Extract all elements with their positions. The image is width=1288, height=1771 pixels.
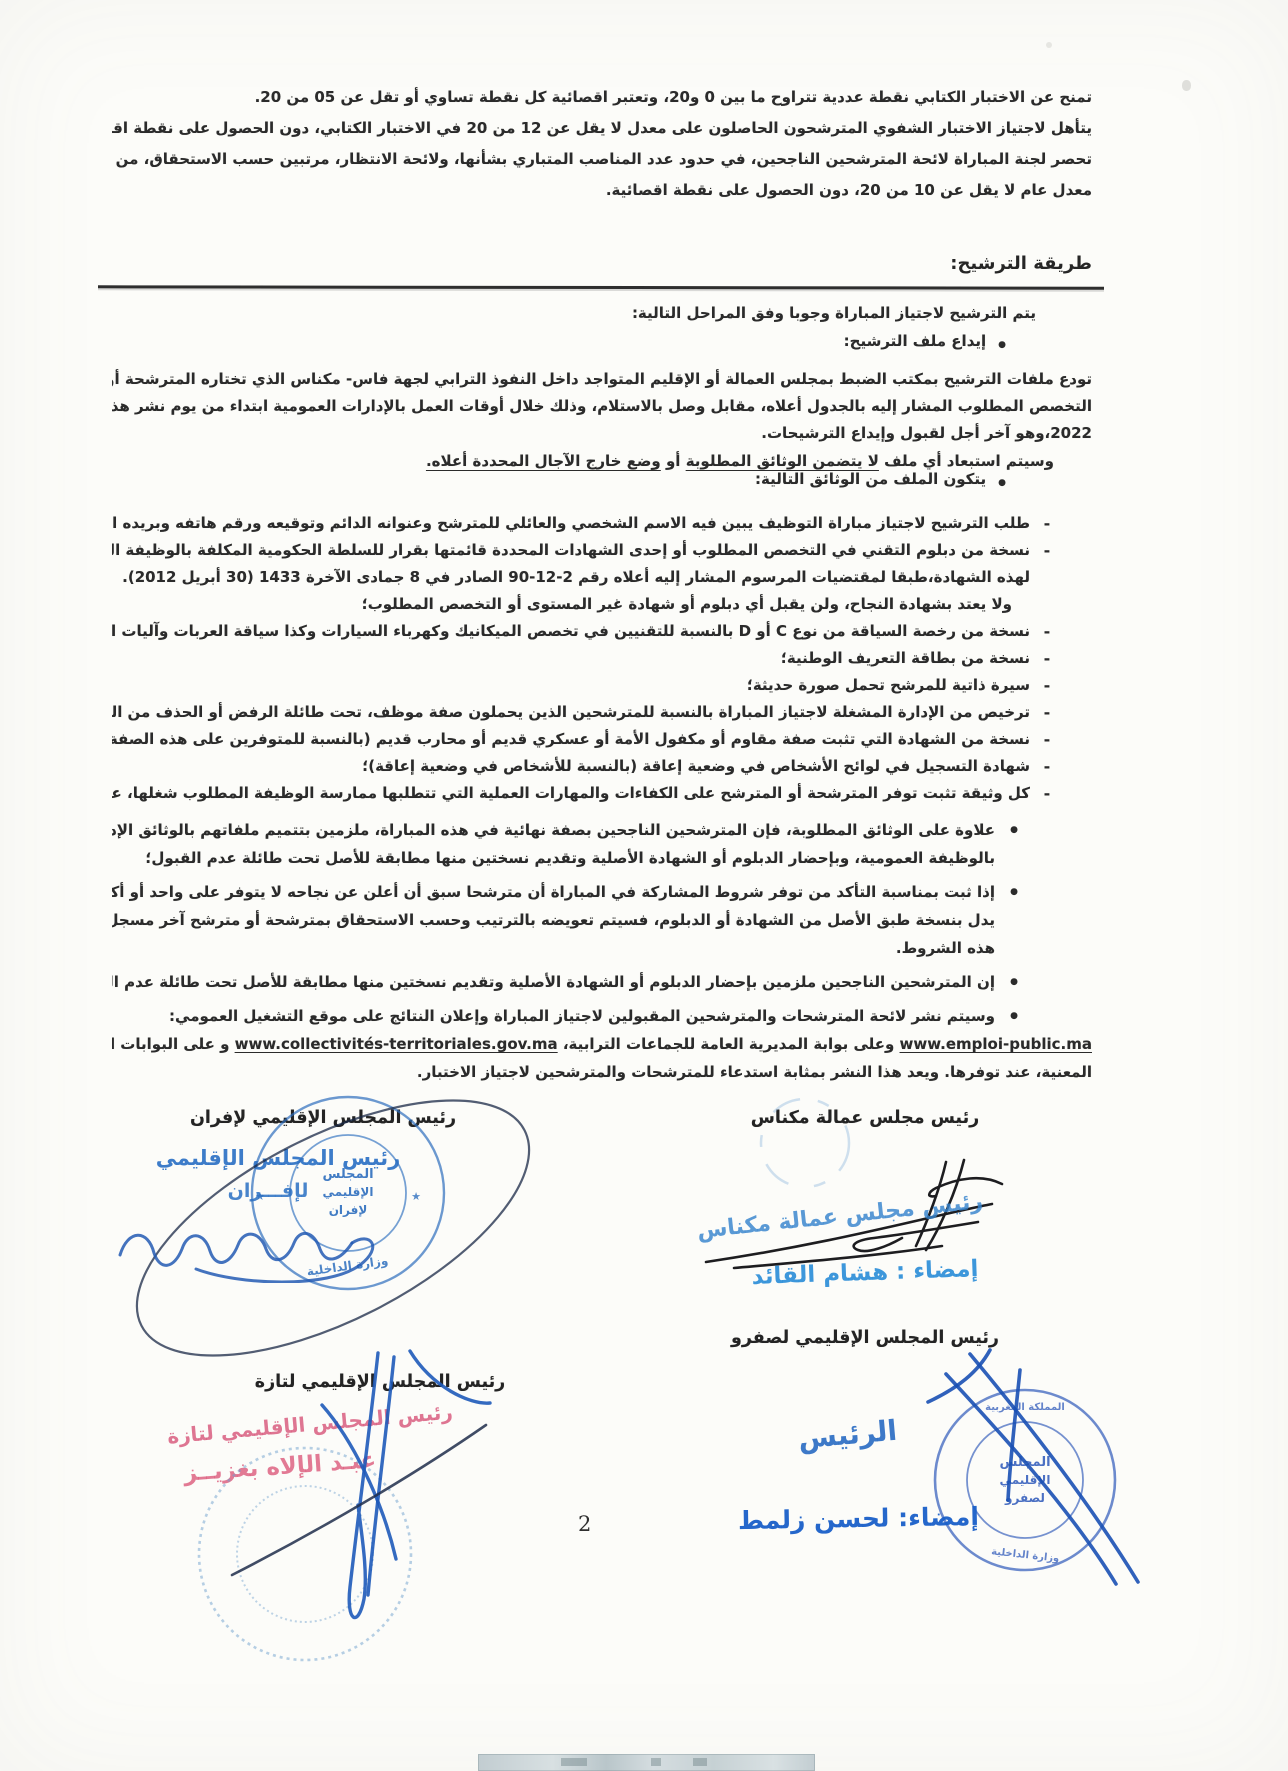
list-item: نسخة من بطاقة التعريف الوطنية؛ <box>112 645 1054 672</box>
deposit-paragraph: تودع ملفات الترشيح بمكتب الضبط بمجلس الع… <box>112 366 1092 447</box>
taza-title: رئيس المجلس الإقليمي لتازة <box>210 1372 550 1392</box>
exclusion-part: وسيتم استبعاد أي ملف <box>879 452 1054 470</box>
documents-section: يتكون الملف من الوثائق التالية: طلب التر… <box>112 470 1092 830</box>
deposit-line: التخصص المطلوب المشار إليه بالجدول أعلاه… <box>112 393 1092 420</box>
dash-marker-icon <box>1040 726 1054 753</box>
documents-list: طلب الترشيح لاجتياز مباراة التوظيف يبين … <box>112 510 1054 807</box>
signature-block-sefrou: رئيس المجلس الإقليمي لصفرو الرئيس المجلس… <box>690 1322 1170 1592</box>
section-heading: طريقة الترشيح: <box>112 252 1092 276</box>
collectivites-url: www.collectivités-territoriales.gov.ma <box>235 1035 558 1053</box>
doc-line: نسخة من رخصة السياقة من نوع C أو D بالنس… <box>112 618 1030 645</box>
note-line: بالوظيفة العمومية، وبإحضار الدبلوم أو ال… <box>112 844 995 872</box>
doc-line: نسخة من الشهادة التي تثبت صفة مقاوم أو م… <box>112 726 1030 753</box>
star-icon: ★ <box>411 1190 421 1203</box>
sefrou-seal-text: لصفرو <box>1004 1491 1045 1506</box>
sefrou-seal-text: الإقليمي <box>1000 1473 1051 1487</box>
scanned-document-page: تمنح عن الاختبار الكتابي نقطة عددية تترا… <box>0 0 1288 1771</box>
list-item: نسخة من الشهادة التي تثبت صفة مقاوم أو م… <box>112 726 1054 753</box>
dash-marker-icon <box>1040 510 1054 537</box>
signature-block-taza: رئيس المجلس الإقليمي لتازة رئيس المجلس ا… <box>130 1372 550 1672</box>
note-line: إذا ثبت بمناسبة التأكد من توفر شروط المش… <box>112 878 995 906</box>
sefrou-seal-text: المجلس <box>999 1455 1050 1470</box>
sefrou-title: رئيس المجلس الإقليمي لصفرو <box>700 1328 1030 1348</box>
intro-line: يتأهل لاجتياز الاختبار الشفوي المترشحون … <box>112 113 1092 144</box>
links-line: www.emploi-public.ma وعلى بوابة المديرية… <box>112 1030 1092 1058</box>
doc-line: لهذه الشهادة،طبقا لمقتضيات المرسوم المشا… <box>112 564 1030 591</box>
list-item: طلب الترشيح لاجتياز مباراة التوظيف يبين … <box>112 510 1054 537</box>
bullet-marker-icon <box>998 470 1006 495</box>
ifrane-seal-text: الإقليمي <box>323 1185 374 1199</box>
doc-line: ولا يعتد بشهادة النجاح، ولن يقبل أي دبلو… <box>112 591 1030 618</box>
exclusion-part: أو <box>661 452 686 470</box>
dash-marker-icon <box>1040 618 1054 645</box>
doc-line: كل وثيقة تثبت توفر المترشحة أو المترشح ع… <box>112 780 1030 807</box>
bullet-marker-icon <box>1006 968 1022 996</box>
dash-marker-icon <box>1040 780 1054 807</box>
deposit-title-bullet: إيداع ملف الترشيح: <box>112 332 1006 357</box>
exclusion-underlined: لا يتضمن الوثائق المطلوبة <box>686 452 879 470</box>
deposit-line: تودع ملفات الترشيح بمكتب الضبط بمجلس الع… <box>112 366 1092 393</box>
note-line: إن المترشحين الناجحين ملزمين بإحضار الدب… <box>112 968 995 996</box>
sefrou-seal-ring-bottom: وزارة الداخلية <box>991 1546 1060 1564</box>
deposit-line: 2022،وهو آخر أجل لقبول وإيداع الترشيحات. <box>112 420 1092 447</box>
dash-marker-icon <box>1040 645 1054 672</box>
links-text: و على البوابات الإلكترونية لمجالس العمال… <box>112 1035 235 1053</box>
notes-section: علاوة على الوثائق المطلوبة، فإن المترشحي… <box>112 816 1092 1106</box>
notes-list: علاوة على الوثائق المطلوبة، فإن المترشحي… <box>112 816 1022 1030</box>
star-icon: ★ <box>255 1190 265 1203</box>
scan-artifact-mark <box>651 1758 661 1766</box>
links-line: المعنية، عند توفرها. ويعد هذا النشر بمثا… <box>112 1058 1092 1086</box>
scan-speck <box>1046 42 1052 48</box>
note-line: هذه الشروط. <box>112 934 995 962</box>
file-title-bullet: يتكون الملف من الوثائق التالية: <box>112 470 1006 495</box>
doc-line: ترخيص من الإدارة المشغلة لاجتياز المبارا… <box>112 699 1030 726</box>
scan-artifact-bar <box>478 1754 815 1771</box>
dash-marker-icon <box>1040 699 1054 726</box>
intro-line: معدل عام لا يقل عن 10 من 20، دون الحصول … <box>112 175 1092 206</box>
bullet-marker-icon <box>1006 1002 1022 1030</box>
links-text: وعلى بوابة المديرية العامة للجماعات التر… <box>558 1035 900 1053</box>
scan-artifact-mark <box>561 1758 587 1766</box>
emploi-public-url: www.emploi-public.ma <box>900 1035 1092 1053</box>
list-item: نسخة من دبلوم التقني في التخصص المطلوب أ… <box>112 537 1054 618</box>
method-section: طريقة الترشيح: يتم الترشيح لاجتياز المبا… <box>112 252 1092 482</box>
list-item: ترخيص من الإدارة المشغلة لاجتياز المبارا… <box>112 699 1054 726</box>
list-item: سيرة ذاتية للمرشح تحمل صورة حديثة؛ <box>112 672 1054 699</box>
scan-artifact-mark <box>693 1758 707 1766</box>
sefrou-president-label: الرئيس <box>797 1414 899 1456</box>
dash-marker-icon <box>1040 537 1054 618</box>
doc-line: نسخة من بطاقة التعريف الوطنية؛ <box>112 645 1030 672</box>
intro-line: تحصر لجنة المباراة لائحة المترشحين الناج… <box>112 144 1092 175</box>
signature-block-ifrane: رئيس المجلس الإقليمي لإفران رئيس المجلس … <box>108 1108 488 1398</box>
note-line: يدل بنسخة طبق الأصل من الشهادة أو الدبلو… <box>112 906 995 934</box>
list-item: كل وثيقة تثبت توفر المترشحة أو المترشح ع… <box>112 780 1054 807</box>
sefrou-signature-label: إمضاء: لحسن زلمط <box>738 1502 979 1535</box>
publication-links: www.emploi-public.ma وعلى بوابة المديرية… <box>112 1030 1092 1086</box>
note-item: علاوة على الوثائق المطلوبة، فإن المترشحي… <box>112 816 1022 872</box>
doc-line: شهادة التسجيل في لوائح الأشخاص في وضعية … <box>112 753 1030 780</box>
dash-marker-icon <box>1040 753 1054 780</box>
heading-rule <box>98 285 1104 289</box>
list-item: نسخة من رخصة السياقة من نوع C أو D بالنس… <box>112 618 1054 645</box>
doc-line: سيرة ذاتية للمرشح تحمل صورة حديثة؛ <box>112 672 1030 699</box>
ifrane-handwritten-name <box>108 1213 388 1283</box>
note-item: وسيتم نشر لائحة المترشحات والمترشحين الم… <box>112 1002 1022 1030</box>
note-item: إن المترشحين الناجحين ملزمين بإحضار الدب… <box>112 968 1022 996</box>
intro-line: تمنح عن الاختبار الكتابي نقطة عددية تترا… <box>112 82 1092 113</box>
bullet-marker-icon <box>998 332 1006 357</box>
signature-block-meknes: رئيس مجلس عمالة مكناس رئيس مجلس عمالة مك… <box>630 1108 1070 1328</box>
method-lead: يتم الترشيح لاجتياز المباراة وجوبا وفق ا… <box>112 300 1036 327</box>
bullet-marker-icon <box>1006 878 1022 962</box>
exclusion-underlined: وضع خارج الآجال المحددة أعلاه. <box>426 452 661 470</box>
intro-paragraph: تمنح عن الاختبار الكتابي نقطة عددية تترا… <box>112 82 1092 206</box>
note-line: علاوة على الوثائق المطلوبة، فإن المترشحي… <box>112 816 995 844</box>
list-item: شهادة التسجيل في لوائح الأشخاص في وضعية … <box>112 753 1054 780</box>
bullet-marker-icon <box>1006 816 1022 872</box>
dash-marker-icon <box>1040 672 1054 699</box>
page-number: 2 <box>578 1512 591 1536</box>
sefrou-seal-stamp: المجلس الإقليمي لصفرو المملكة المغربية و… <box>925 1380 1125 1580</box>
file-title: يتكون الملف من الوثائق التالية: <box>755 470 986 488</box>
sefrou-seal-ring-top: المملكة المغربية <box>985 1402 1065 1413</box>
taza-seal-stamp <box>185 1434 425 1674</box>
note-line: وسيتم نشر لائحة المترشحات والمترشحين الم… <box>112 1002 995 1030</box>
scan-speck <box>1182 80 1191 91</box>
doc-line: نسخة من دبلوم التقني في التخصص المطلوب أ… <box>112 537 1030 564</box>
note-item: إذا ثبت بمناسبة التأكد من توفر شروط المش… <box>112 878 1022 962</box>
doc-line: طلب الترشيح لاجتياز مباراة التوظيف يبين … <box>112 510 1030 537</box>
deposit-title: إيداع ملف الترشيح: <box>844 332 986 350</box>
ifrane-seal-text: المجلس <box>322 1167 373 1182</box>
